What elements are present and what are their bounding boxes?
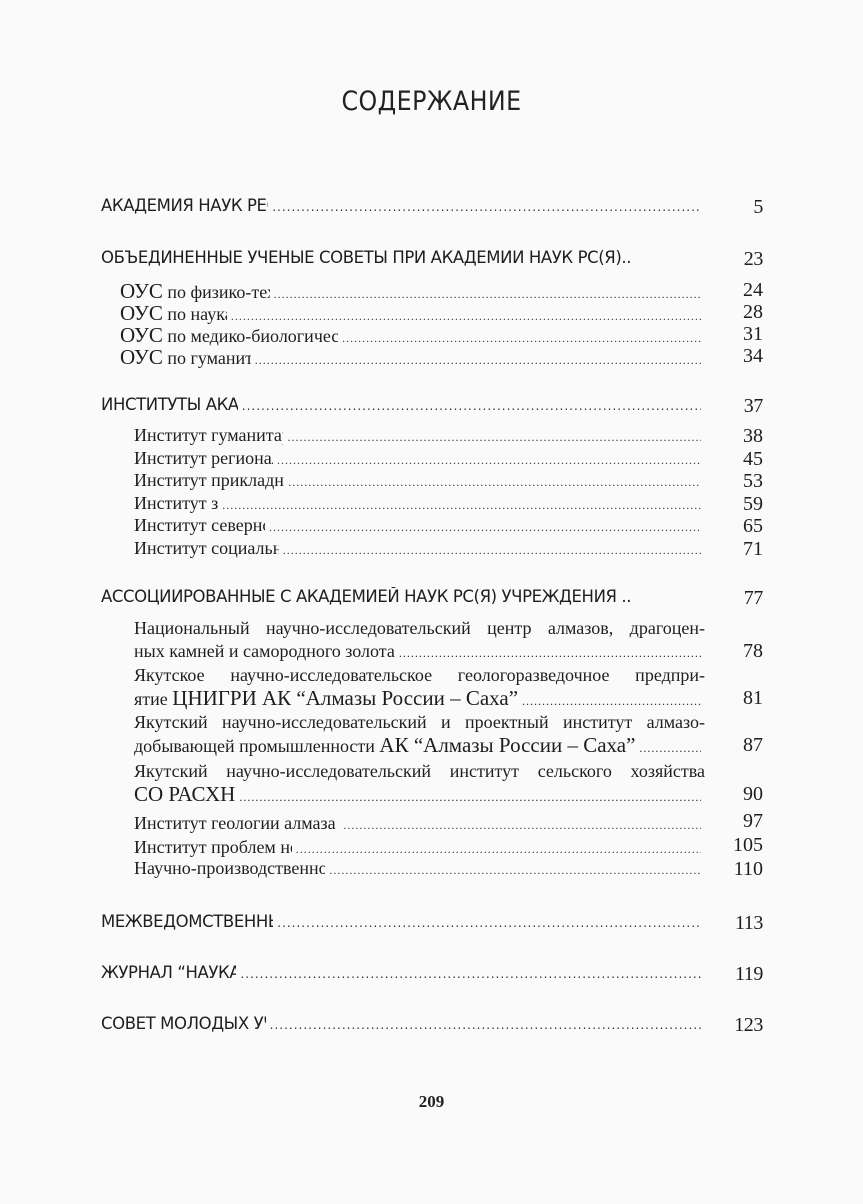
- table-of-contents: АКАДЕМИЯ НАУК РЕСПУБЛИКИ САХА (ЯКУТИЯ) 5…: [0, 0, 863, 1204]
- toc-page-number: 45: [713, 448, 763, 471]
- dot-leader: [283, 543, 701, 558]
- toc-entry-label: АССОЦИИРОВАННЫЕ С АКАДЕМИЕЙ НАУК РС(Я) У…: [101, 587, 631, 606]
- toc-entry-label: Институт проблем нефти и газа: [134, 837, 292, 857]
- toc-entry-label: Институт социальных проблем труда: [134, 538, 279, 559]
- toc-page-number: 34: [713, 345, 763, 368]
- toc-page-number: 59: [713, 493, 763, 516]
- toc-section-councils[interactable]: ОБЪЕДИНЕННЫЕ УЧЕНЫЕ СОВЕТЫ ПРИ АКАДЕМИИ …: [101, 248, 705, 267]
- toc-entry-label: Институт региональной экономики: [134, 448, 273, 469]
- toc-entry-label-line2: добывающей промышленности: [134, 736, 375, 756]
- dot-leader: [231, 309, 701, 324]
- toc-entry-label-emphasis: СО РАСХН: [134, 783, 235, 806]
- toc-entry-label: ОБЪЕДИНЕННЫЕ УЧЕНЫЕ СОВЕТЫ ПРИ АКАДЕМИИ …: [101, 248, 631, 267]
- toc-entry-label-line1: Якутское научно-исследовательское геолог…: [134, 664, 705, 687]
- toc-section-journal[interactable]: ЖУРНАЛ “НАУКА И ОБРАЗОВАНИЕ” 119: [101, 963, 705, 982]
- toc-entry-label: МЕЖВЕДОМСТВЕННЫЙ АНАЛИТИЧЕСКИЙ ЦЕНТР: [101, 912, 273, 931]
- toc-page-number: 90: [713, 783, 763, 806]
- toc-item[interactable]: Институт геологии алмаза и благородных м…: [134, 810, 705, 835]
- toc-entry-prefix: ОУС: [120, 323, 163, 347]
- toc-section-young-scientists[interactable]: СОВЕТ МОЛОДЫХ УЧЕНЫХ И СПЕЦИАЛИСТОВ 123: [101, 1014, 705, 1033]
- toc-entry-label-line1: Якутский научно-исследовательский инстит…: [134, 760, 705, 783]
- toc-entry-label: АКАДЕМИЯ НАУК РЕСПУБЛИКИ САХА (ЯКУТИЯ): [101, 196, 268, 215]
- dot-leader: [277, 916, 701, 930]
- toc-entry-label: Институт здоровья: [134, 493, 218, 514]
- toc-entry-label: по физико-техническим наукам: [167, 282, 269, 302]
- toc-item[interactable]: Институт региональной экономики 45: [134, 448, 705, 469]
- toc-entry-prefix: ОУС: [120, 279, 163, 303]
- toc-entry-label: Институт геологии алмаза и благородных м…: [134, 813, 339, 833]
- toc-page-number: 110: [713, 858, 763, 881]
- dot-leader: [222, 498, 701, 513]
- toc-page-number: 105: [713, 834, 763, 857]
- toc-page-number: 65: [713, 515, 763, 538]
- toc-entry-prefix: ОУС: [120, 345, 163, 369]
- toc-item[interactable]: Якутское научно-исследовательское геолог…: [134, 664, 705, 713]
- toc-entry-label: Научно-производственное предприятие “Хот…: [134, 858, 325, 879]
- toc-page-number: 28: [713, 301, 763, 324]
- toc-item[interactable]: Институт гуманитарных исследований 38: [134, 425, 705, 446]
- toc-page-number: 77: [713, 587, 763, 610]
- toc-item[interactable]: Институт прикладной экологии Севера 53: [134, 470, 705, 491]
- toc-page-number: 81: [713, 687, 763, 710]
- toc-page-number: 53: [713, 470, 763, 493]
- dot-leader: [342, 331, 701, 346]
- toc-page-number: 31: [713, 323, 763, 346]
- toc-entry-label-line2: ятие: [134, 689, 168, 709]
- toc-page-number: 24: [713, 279, 763, 302]
- dot-leader: [522, 690, 701, 713]
- dot-leader: [270, 1018, 701, 1032]
- toc-page-number: 97: [713, 810, 763, 833]
- dot-leader: [343, 818, 701, 833]
- toc-entry-label: ЖУРНАЛ “НАУКА И ОБРАЗОВАНИЕ”: [101, 963, 236, 982]
- toc-page-number: 123: [713, 1014, 763, 1037]
- toc-entry-label: Институт гуманитарных исследований: [134, 425, 283, 446]
- dot-leader: [399, 642, 701, 665]
- toc-section-institutes[interactable]: ИНСТИТУТЫ АКАДЕМИИ НАУК РС(Я) 37: [101, 395, 705, 414]
- dot-leader: [274, 287, 701, 302]
- toc-entry-label: по наукам о Земле: [167, 304, 227, 324]
- dot-leader: [239, 786, 701, 809]
- toc-section-academy[interactable]: АКАДЕМИЯ НАУК РЕСПУБЛИКИ САХА (ЯКУТИЯ) 5: [101, 196, 705, 215]
- toc-item[interactable]: Институт здоровья 59: [134, 493, 705, 514]
- dot-leader: [329, 863, 701, 878]
- dot-leader: [272, 200, 701, 214]
- toc-item[interactable]: Институт северного луговодства 65: [134, 515, 705, 536]
- toc-page-number: 37: [713, 395, 763, 418]
- toc-item[interactable]: ОУС по гуманитарным наукам 34: [120, 345, 705, 370]
- toc-entry-label-emphasis: ЦНИГРИ АК “Алмазы России – Саха”: [172, 686, 518, 710]
- toc-entry-label: Институт прикладной экологии Севера: [134, 470, 284, 491]
- toc-page-number: 71: [713, 538, 763, 561]
- dot-leader: [255, 353, 701, 368]
- toc-entry-label-line1: Национальный научно-исследовательский це…: [134, 617, 705, 640]
- toc-item[interactable]: Национальный научно-исследовательский це…: [134, 617, 705, 665]
- toc-page-number: 38: [713, 425, 763, 448]
- dot-leader: [240, 967, 701, 981]
- dot-leader: [242, 399, 701, 413]
- toc-item[interactable]: Научно-производственное предприятие “Хот…: [134, 858, 705, 879]
- toc-item[interactable]: Институт социальных проблем труда 71: [134, 538, 705, 559]
- toc-entry-label-line1: Якутский научно-исследовательский и прое…: [134, 711, 705, 734]
- toc-entry-label: СОВЕТ МОЛОДЫХ УЧЕНЫХ И СПЕЦИАЛИСТОВ: [101, 1014, 266, 1033]
- dot-leader: [639, 737, 701, 760]
- page-number: 209: [0, 1092, 863, 1112]
- toc-entry-label-line2: ных камней и самородного золота: [134, 640, 395, 663]
- toc-entry-label: по гуманитарным наукам: [167, 348, 250, 368]
- toc-item[interactable]: Институт проблем нефти и газа СО РАН 105: [134, 834, 705, 859]
- dot-leader: [287, 430, 701, 445]
- toc-entry-prefix: ОУС: [120, 301, 163, 325]
- dot-leader: [269, 520, 701, 535]
- dot-leader: [288, 475, 701, 490]
- toc-entry-label: Институт северного луговодства: [134, 515, 265, 536]
- toc-page-number: 5: [713, 196, 763, 219]
- toc-page-number: 78: [713, 640, 763, 663]
- toc-entry-label: по медико-биологическим и сельскохозяйст…: [167, 326, 338, 346]
- toc-entry-label-emphasis: АК “Алмазы России – Саха”: [379, 733, 635, 757]
- toc-section-analytical-center[interactable]: МЕЖВЕДОМСТВЕННЫЙ АНАЛИТИЧЕСКИЙ ЦЕНТР 113: [101, 912, 705, 931]
- toc-entry-label: ИНСТИТУТЫ АКАДЕМИИ НАУК РС(Я): [101, 395, 238, 414]
- dot-leader: [296, 842, 701, 857]
- toc-page-number: 113: [713, 912, 763, 935]
- dot-leader: [277, 453, 701, 468]
- toc-page-number: 119: [713, 963, 763, 986]
- toc-section-associated[interactable]: АССОЦИИРОВАННЫЕ С АКАДЕМИЕЙ НАУК РС(Я) У…: [101, 587, 705, 606]
- toc-item[interactable]: Якутский научно-исследовательский и прое…: [134, 711, 705, 760]
- toc-page-number: 23: [713, 248, 763, 271]
- toc-page-number: 87: [713, 734, 763, 757]
- toc-item[interactable]: Якутский научно-исследовательский инстит…: [134, 760, 705, 809]
